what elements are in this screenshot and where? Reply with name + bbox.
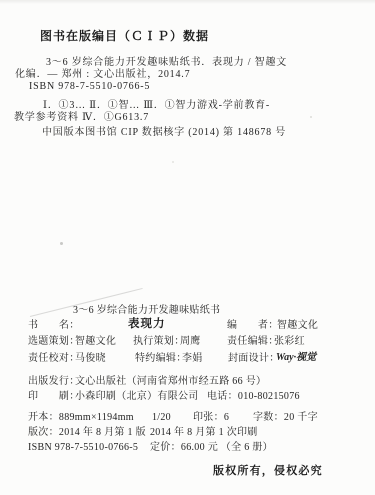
planning-label: 选题策划： [28,336,80,348]
word-count: 字数：20 千字 [253,412,318,424]
title-label: 书 名： [28,320,80,332]
book-copyright-page: 图书在版编目（ＣＩＰ）数据 3～6 岁综合能力开发趣味贴纸书．表现力 / 智趣文… [0,0,375,495]
cip-record-number: 中国版本图书馆 CIP 数据核字 (2014) 第 148678 号 [42,127,286,139]
scan-speck [172,161,174,163]
cip-entry-line2: 化编．— 郑州 : 文心出版社，2014.7 [15,69,190,81]
resp-editor-label: 责任编辑： [227,336,279,348]
exec-plan-label: 执行策划： [133,336,185,348]
editor-value: 智趣文化 [277,320,318,332]
resp-editor-value: 张彩红 [274,336,305,348]
printer-value: 小森印刷（北京）有限公司 [75,391,199,403]
cip-entry-line1: 3～6 岁综合能力开发趣味贴纸书．表现力 / 智趣文 [46,57,287,69]
special-editor-label: 特约编辑： [135,353,187,365]
planning-value: 智趣文化 [75,336,116,348]
format-fraction: 1/20 [152,412,171,424]
format-spec: 开本：889mm×1194mm [28,412,134,424]
cover-design-studio-logo: Way·视觉 [276,352,316,364]
publisher-label: 出版发行： [28,376,80,388]
special-editor-value: 李娟 [182,353,203,365]
cip-classification-line1: Ⅰ．①3… Ⅱ．①智… Ⅲ．①智力游戏-学前教育- [43,100,270,112]
sheets-count: 印张：6 [193,412,229,424]
proofread-label: 责任校对： [28,353,80,365]
cover-design-label: 封面设计： [228,353,280,365]
cip-header: 图书在版编目（ＣＩＰ）数据 [40,29,209,43]
publisher-value: 文心出版社（河南省郑州市经五路 66 号） [75,376,266,388]
copyright-notice: 版权所有，侵权必究 [213,465,323,478]
cip-classification-line2: 教学参考资料 Ⅳ．①G613.7 [14,112,149,124]
isbn-number: ISBN 978-7-5510-0766-5 [28,442,138,454]
series-title: 3～6 岁综合能力开发趣味贴纸书 [73,305,220,317]
edition-info: 版次：2014 年 8 月第 1 版 [28,427,146,439]
printer-label: 印 刷： [28,391,80,403]
exec-plan-value: 周鹰 [180,336,201,348]
scan-speck [60,242,63,245]
printing-info: 2014 年 8 月第 1 次印刷 [150,427,258,439]
proofread-value: 马俊晓 [75,353,106,365]
scan-speck [310,116,312,118]
editor-label: 编 者： [227,320,279,332]
price-info: 定价：66.00 元 （全 6 册） [150,442,273,454]
book-title: 表现力 [128,318,166,332]
phone-number: 电话：010-80215076 [207,391,300,403]
cip-isbn-line: ISBN 978-7-5510-0766-5 [29,81,150,93]
